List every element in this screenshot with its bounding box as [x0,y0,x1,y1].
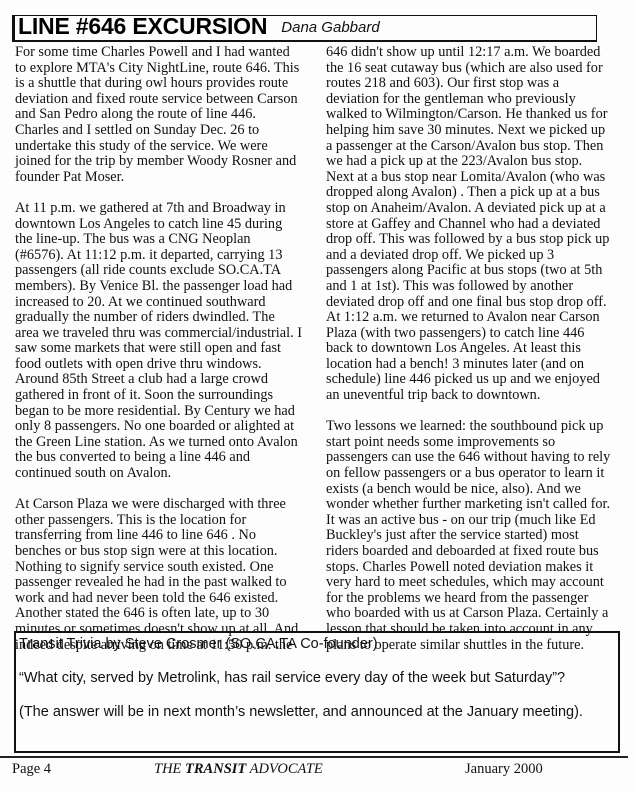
trivia-question: “What city, served by Metrolink, has rai… [19,670,618,687]
publication-bold: TRANSIT [185,761,246,777]
page-number: Page 4 [12,761,51,778]
article-column-left: For some time Charles Powell and I had w… [15,45,315,653]
spacer [19,687,618,704]
article-paragraph: For some time Charles Powell and I had w… [15,45,315,185]
article-title: LINE #646 EXCURSION [18,14,267,38]
trivia-title: Transit Trivia by Steve Crosmer (SO.CA.T… [19,636,618,653]
article-paragraph: 646 didn't show up until 12:17 a.m. We b… [326,45,631,404]
publication-name: THE TRANSIT ADVOCATE [154,761,323,778]
article-column-right: 646 didn't show up until 12:17 a.m. We b… [326,45,631,653]
article-author: Dana Gabbard [281,19,379,37]
article-paragraph: At 11 p.m. we gathered at 7th and Broadw… [15,201,315,482]
article-header: LINE #646 EXCURSION Dana Gabbard [12,15,597,42]
newsletter-page: LINE #646 EXCURSION Dana Gabbard For som… [0,0,636,791]
transit-trivia-box: Transit Trivia by Steve Crosmer (SO.CA.T… [14,631,620,753]
publication-suffix: ADVOCATE [246,761,323,777]
trivia-note: (The answer will be in next month’s news… [19,704,618,721]
issue-date: January 2000 [465,761,543,778]
page-footer: Page 4 THE TRANSIT ADVOCATE January 2000 [0,761,636,781]
publication-prefix: THE [154,761,185,777]
spacer [19,653,618,670]
article-paragraph: Two lessons we learned: the southbound p… [326,419,631,653]
footer-divider [0,756,628,758]
article-paragraph: At Carson Plaza we were discharged with … [15,497,315,653]
